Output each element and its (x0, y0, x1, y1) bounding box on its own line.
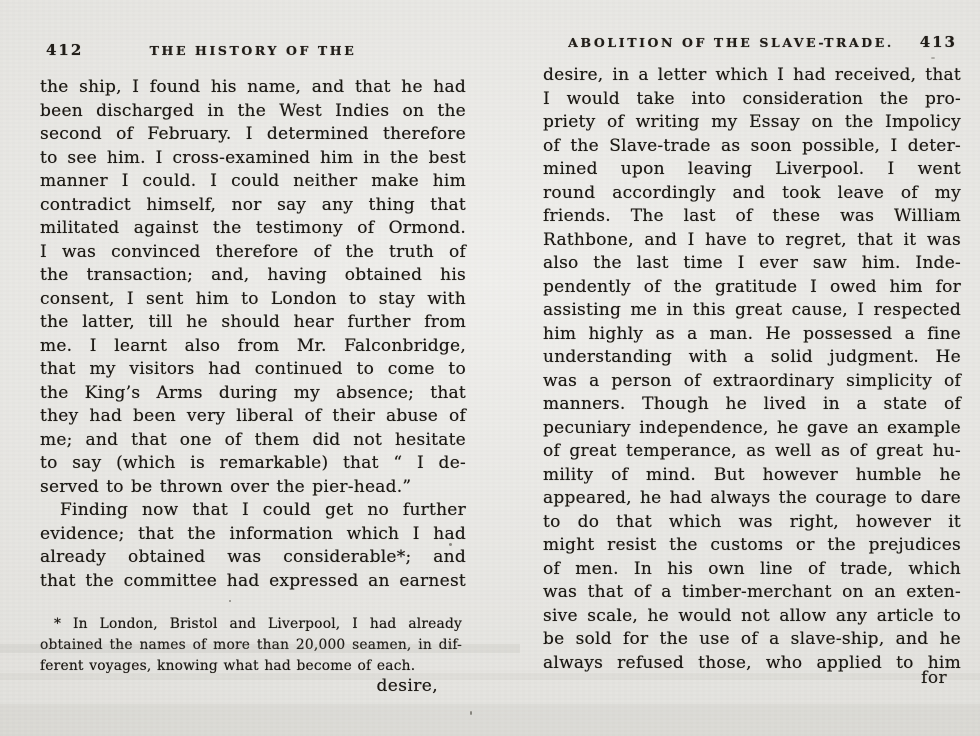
text-line: that my visitors had continued to come t… (40, 358, 466, 382)
right-page: ABOLITION OF THE SLAVE-TRADE. 413 desire… (543, 0, 961, 736)
body-text-left: the ship, I found his name, and that he … (40, 76, 466, 593)
text-line: of men. In his own line of trade, which (543, 558, 961, 582)
page-number-right: 413 (920, 33, 957, 51)
text-line: me; and that one of them did not hesitat… (40, 429, 466, 453)
text-line: desire, in a letter which I had received… (543, 64, 961, 88)
text-line: was that of a timber-merchant on an exte… (543, 581, 961, 605)
text-line: mined upon leaving Liverpool. I went (543, 158, 961, 182)
text-line: the ship, I found his name, and that he … (40, 76, 466, 100)
text-line: round accordingly and took leave of my (543, 182, 961, 206)
text-line: second of February. I determined therefo… (40, 123, 466, 147)
text-line: manners. Though he lived in a state of (543, 393, 961, 417)
text-line: manner I could. I could neither make him (40, 170, 466, 194)
text-line: was a person of extraordinary simplicity… (543, 370, 961, 394)
text-line: appeared, he had always the courage to d… (543, 487, 961, 511)
text-line: to say (which is remarkable) that “ I de… (40, 452, 466, 476)
text-line: been discharged in the West Indies on th… (40, 100, 466, 124)
text-line: militated against the testimony of Ormon… (40, 217, 466, 241)
text-line: understanding with a solid judgment. He (543, 346, 961, 370)
scan-speck (470, 711, 472, 715)
text-line: contradict himself, nor say any thing th… (40, 194, 466, 218)
text-line: Rathbone, and I have to regret, that it … (543, 229, 961, 253)
text-line: might resist the customs or the prejudic… (543, 534, 961, 558)
book-spread-scan: { "colors": { "paper": "#e9e8e4", "ink":… (0, 0, 980, 736)
text-line: pecuniary independence, he gave an examp… (543, 417, 961, 441)
text-line: always refused those, who applied to him (543, 652, 961, 676)
text-line: the latter, till he should hear further … (40, 311, 466, 335)
left-running-header: 412 THE HISTORY OF THE (40, 43, 466, 58)
text-line: mility of mind. But however humble he (543, 464, 961, 488)
body-text-right: desire, in a letter which I had received… (543, 64, 961, 675)
catchword-left: desire, (377, 676, 439, 696)
text-line: assisting me in this great cause, I resp… (543, 299, 961, 323)
text-line: to see him. I cross-examined him in the … (40, 147, 466, 171)
left-page: 412 THE HISTORY OF THE the ship, I found… (40, 0, 466, 736)
text-line: me. I learnt also from Mr. Falconbridge, (40, 335, 466, 359)
text-line: ferent voyages, knowing what had become … (40, 656, 462, 677)
right-running-header: ABOLITION OF THE SLAVE-TRADE. 413 (543, 35, 961, 50)
text-line: already obtained was considerable*; and (40, 546, 466, 570)
text-line: also the last time I ever saw him. Inde- (543, 252, 961, 276)
text-line: I would take into consideration the pro- (543, 88, 961, 112)
text-line: of great temperance, as well as of great… (543, 440, 961, 464)
text-line: to do that which was right, however it (543, 511, 961, 535)
text-line: Finding now that I could get no further (40, 499, 466, 523)
text-line: the King’s Arms during my absence; that (40, 382, 466, 406)
footnote: * In London, Bristol and Liverpool, I ha… (40, 614, 462, 677)
text-line: that the committee had expressed an earn… (40, 570, 466, 594)
page-number-left: 412 (46, 41, 83, 59)
text-line: friends. The last of these was William (543, 205, 961, 229)
text-line: priety of writing my Essay on the Impoli… (543, 111, 961, 135)
text-line: they had been very liberal of their abus… (40, 405, 466, 429)
running-title-right: ABOLITION OF THE SLAVE-TRADE. (543, 35, 961, 50)
text-line: sive scale, he would not allow any artic… (543, 605, 961, 629)
text-line: evidence; that the information which I h… (40, 523, 466, 547)
running-title-left: THE HISTORY OF THE (40, 43, 466, 58)
text-line: pendently of the gratitude I owed him fo… (543, 276, 961, 300)
text-line: be sold for the use of a slave-ship, and… (543, 628, 961, 652)
catchword-right: for (921, 668, 947, 688)
text-line: served to be thrown over the pier-head.” (40, 476, 466, 500)
text-line: consent, I sent him to London to stay wi… (40, 288, 466, 312)
text-line: him highly as a man. He possessed a fine (543, 323, 961, 347)
text-line: obtained the names of more than 20,000 s… (40, 635, 462, 656)
text-line: I was convinced therefore of the truth o… (40, 241, 466, 265)
text-line: of the Slave-trade as soon possible, I d… (543, 135, 961, 159)
text-line: the transaction; and, having obtained hi… (40, 264, 466, 288)
text-line: * In London, Bristol and Liverpool, I ha… (40, 614, 462, 635)
